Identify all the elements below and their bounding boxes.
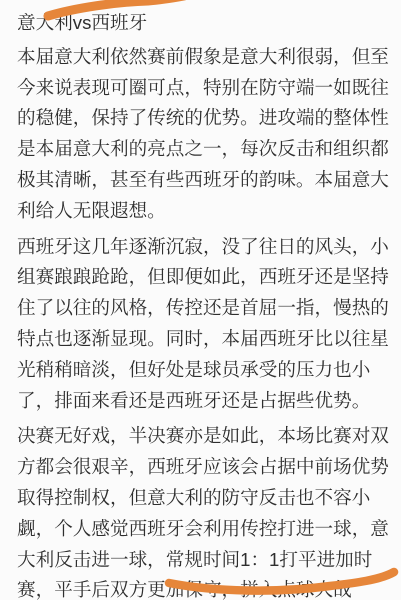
article-title: 意大利vs西班牙 bbox=[17, 8, 388, 39]
article: 意大利vs西班牙 本届意大利依然赛前假象是意大利很弱，但至今来说表现可圈可点，特… bbox=[0, 0, 401, 600]
text-line: 住了以往的风格，传控还是首屈一指，慢热的 bbox=[17, 293, 388, 324]
paragraph: 决赛无好戏，半决赛亦是如此，本场比赛对双方都会很艰辛，西班牙应该会占据中前场优势… bbox=[17, 421, 388, 600]
text-line: 了，排面来看还是西班牙还是占据些优势。 bbox=[17, 386, 388, 417]
article-page: 意大利vs西班牙 本届意大利依然赛前假象是意大利很弱，但至今来说表现可圈可点，特… bbox=[0, 0, 401, 600]
text-line: 组赛踉踉跄跄，但即便如此，西班牙还是坚持 bbox=[17, 262, 388, 293]
text-line: 西班牙这几年逐渐沉寂，没了往日的风头，小 bbox=[17, 232, 388, 263]
text-line: 大利反击进一球，常规时间1：1打平进加时 bbox=[17, 545, 388, 576]
text-line: 赛，平手后双方更加保守，拼入点球大战 bbox=[17, 575, 388, 600]
article-body: 本届意大利依然赛前假象是意大利很弱，但至今来说表现可圈可点，特别在防守端一如既往… bbox=[17, 42, 388, 600]
text-line: 的稳健，保持了传统的优势。进攻端的整体性 bbox=[17, 103, 388, 134]
text-line: 取得控制权，但意大利的防守反击也不容小 bbox=[17, 483, 388, 514]
text-line: 今来说表现可圈可点，特别在防守端一如既往 bbox=[17, 73, 388, 104]
text-line: 利给人无限遐想。 bbox=[17, 196, 388, 227]
text-line: 决赛无好戏，半决赛亦是如此，本场比赛对双 bbox=[17, 421, 388, 452]
paragraph: 西班牙这几年逐渐沉寂，没了往日的风头，小组赛踉踉跄跄，但即便如此，西班牙还是坚持… bbox=[17, 232, 388, 417]
text-line: 方都会很艰辛，西班牙应该会占据中前场优势 bbox=[17, 452, 388, 483]
text-line: 本届意大利依然赛前假象是意大利很弱，但至 bbox=[17, 42, 388, 73]
paragraph: 本届意大利依然赛前假象是意大利很弱，但至今来说表现可圈可点，特别在防守端一如既往… bbox=[17, 42, 388, 227]
text-line: 特点也逐渐显现。同时，本届西班牙比以往星 bbox=[17, 324, 388, 355]
text-line: 是本届意大利的亮点之一，每次反击和组织都 bbox=[17, 134, 388, 165]
text-line: 极其清晰，甚至有些西班牙的韵味。本届意大 bbox=[17, 165, 388, 196]
text-line: 光稍稍暗淡，但好处是球员承受的压力也小 bbox=[17, 355, 388, 386]
text-line: 觑，个人感觉西班牙会利用传控打进一球，意 bbox=[17, 514, 388, 545]
